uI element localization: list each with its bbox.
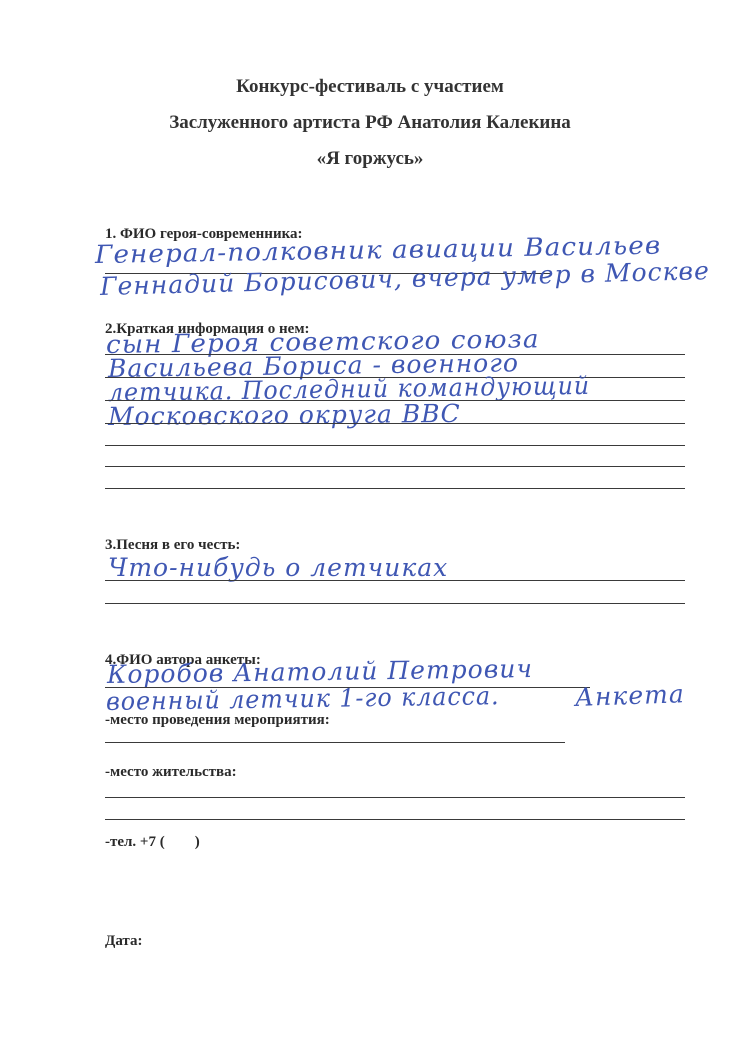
date-label: Дата: [105, 933, 142, 950]
event-place-line [105, 742, 565, 743]
form-title-line-3: «Я горжусь» [0, 148, 740, 170]
author-handwriting-note: Анкета [574, 679, 685, 712]
author-handwriting-line-2: военный летчик 1-го класса. [106, 681, 500, 716]
song-line-2 [105, 603, 685, 604]
form-title-line-2: Заслуженного артиста РФ Анатолия Калекин… [0, 112, 740, 134]
brief-info-line-7 [105, 488, 685, 489]
song-label: 3.Песня в его честь: [105, 537, 240, 554]
brief-info-line-5 [105, 445, 685, 446]
residence-line-2 [105, 819, 685, 820]
song-line-1 [105, 580, 685, 581]
residence-label: -место жительства: [105, 764, 237, 781]
brief-info-line-6 [105, 466, 685, 467]
event-place-label: -место проведения мероприятия: [105, 712, 330, 729]
brief-info-line-4 [105, 423, 685, 424]
phone-label: -тел. +7 ( ) [105, 834, 200, 851]
residence-line-1 [105, 797, 685, 798]
song-handwriting: Что-нибудь о летчиках [108, 553, 448, 582]
form-title-line-1: Конкурс-фестиваль с участием [0, 76, 740, 98]
brief-info-handwriting-line-4: Московского округа ВВС [108, 399, 461, 431]
